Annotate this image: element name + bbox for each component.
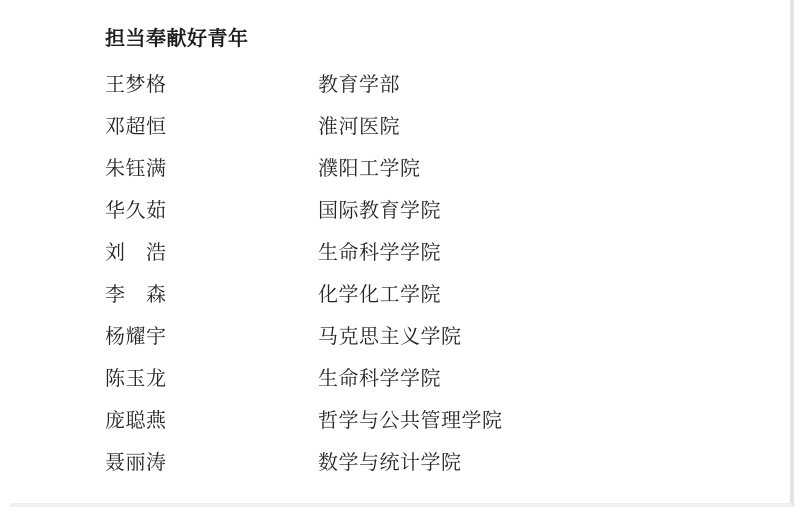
- awardee-department: 数学与统计学院: [318, 446, 503, 475]
- award-row: 聂丽涛 数学与统计学院: [105, 439, 503, 481]
- awardee-name: 朱钰满: [105, 152, 318, 181]
- awardee-department: 马克思主义学院: [318, 320, 503, 349]
- awardee-name: 聂丽涛: [105, 446, 318, 475]
- awardee-department: 濮阳工学院: [318, 152, 503, 181]
- page-right-edge: [790, 0, 794, 507]
- awardee-department: 国际教育学院: [318, 194, 503, 223]
- awardee-department: 生命科学学院: [318, 236, 503, 265]
- awardee-name: 华久茹: [105, 194, 318, 223]
- award-row: 邓超恒 淮河医院: [105, 103, 503, 145]
- award-row: 刘 浩 生命科学学院: [105, 229, 503, 271]
- document-page: { "page": { "heading": "担当奉献好青年", "award…: [0, 0, 795, 507]
- award-list: 王梦格 教育学部 邓超恒 淮河医院 朱钰满 濮阳工学院 华久茹 国际教育学院 刘…: [105, 61, 503, 481]
- awardee-name: 杨耀宇: [105, 320, 318, 349]
- awardee-name: 李 森: [105, 278, 318, 307]
- page-bottom-edge: [10, 503, 795, 507]
- awardee-name: 陈玉龙: [105, 362, 318, 391]
- awardee-department: 淮河医院: [318, 110, 503, 139]
- awardee-name: 刘 浩: [105, 236, 318, 265]
- awardee-name: 邓超恒: [105, 110, 318, 139]
- award-row: 李 森 化学化工学院: [105, 271, 503, 313]
- document-content: 担当奉献好青年 王梦格 教育学部 邓超恒 淮河医院 朱钰满 濮阳工学院 华久茹 …: [105, 28, 503, 481]
- awardee-department: 生命科学学院: [318, 362, 503, 391]
- award-row: 庞聪燕 哲学与公共管理学院: [105, 397, 503, 439]
- awardee-name: 王梦格: [105, 68, 318, 97]
- award-row: 陈玉龙 生命科学学院: [105, 355, 503, 397]
- awardee-name: 庞聪燕: [105, 404, 318, 433]
- award-row: 华久茹 国际教育学院: [105, 187, 503, 229]
- page-title: 担当奉献好青年: [105, 28, 503, 50]
- awardee-department: 哲学与公共管理学院: [318, 404, 503, 433]
- awardee-department: 化学化工学院: [318, 278, 503, 307]
- award-row: 杨耀宇 马克思主义学院: [105, 313, 503, 355]
- award-row: 朱钰满 濮阳工学院: [105, 145, 503, 187]
- award-row: 王梦格 教育学部: [105, 61, 503, 103]
- awardee-department: 教育学部: [318, 68, 503, 97]
